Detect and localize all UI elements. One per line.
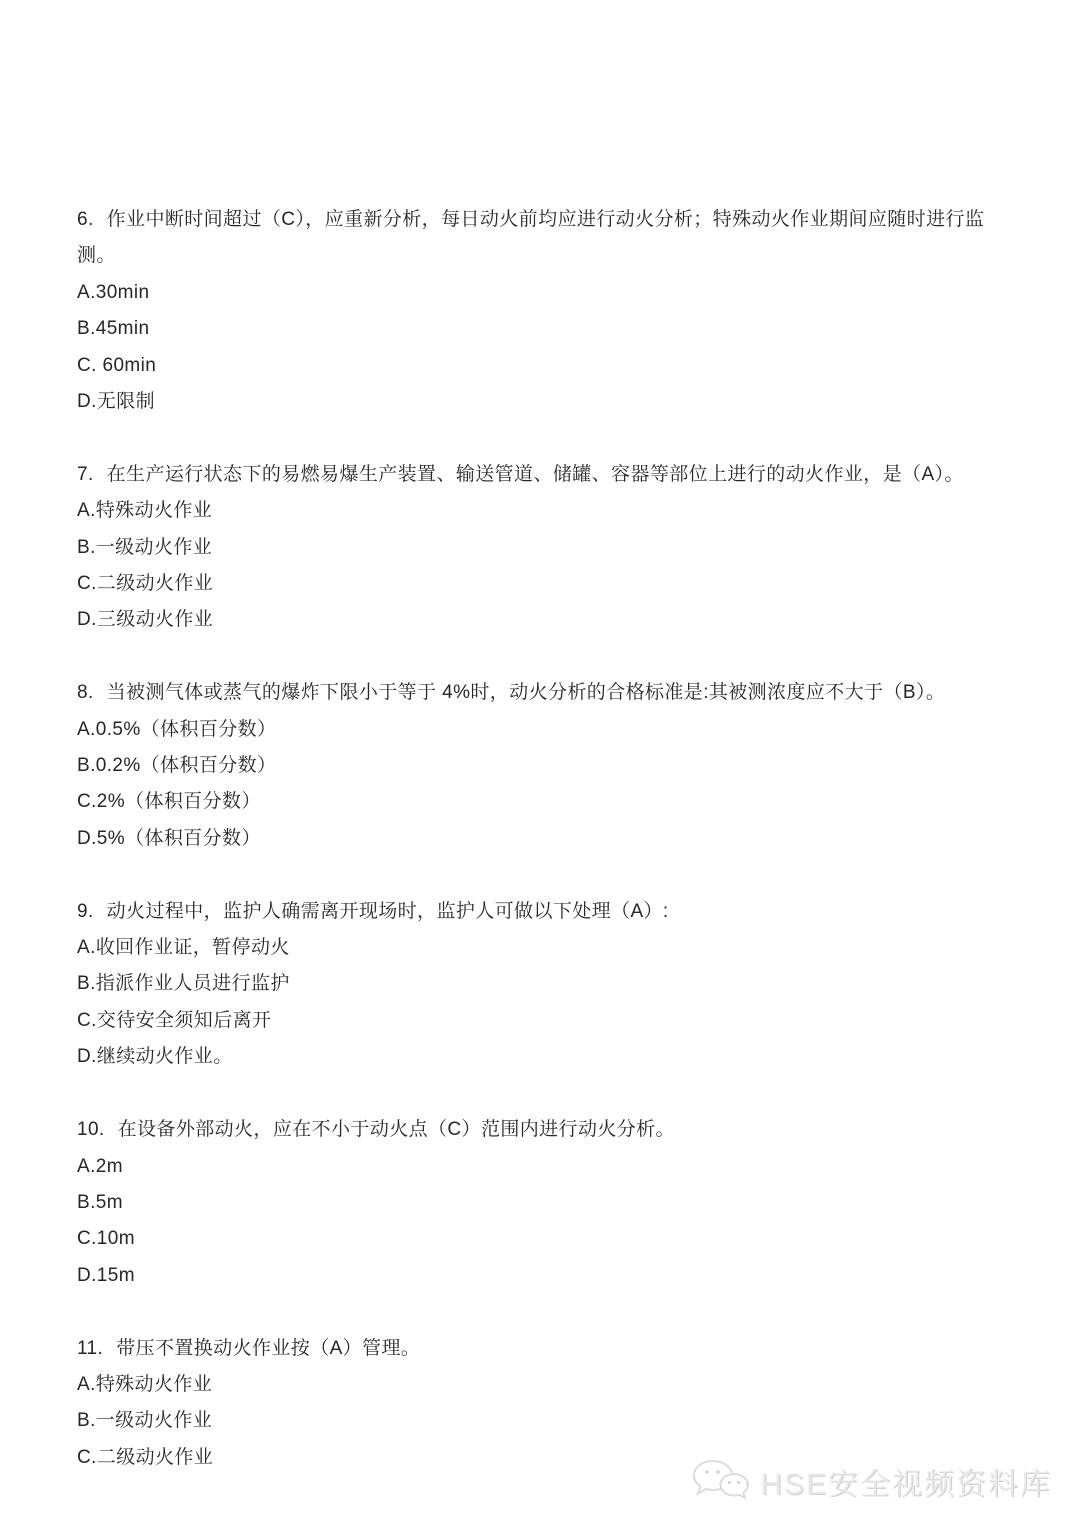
question-9: 9.动火过程中，监护人确需离开现场时，监护人可做以下处理（A）: A.收回作业证…: [77, 894, 992, 1076]
question-8: 8.当被测气体或蒸气的爆炸下限小于等于 4%时，动火分析的合格标准是:其被测浓度…: [77, 675, 992, 857]
option-b: B.一级动火作业: [77, 530, 992, 566]
question-11: 11.带压不置换动火作业按（A）管理。 A.特殊动火作业 B.一级动火作业 C.…: [77, 1331, 992, 1477]
watermark: HSE安全视频资料库: [690, 1458, 1052, 1504]
option-a: A.特殊动火作业: [77, 1367, 992, 1403]
option-d: D.无限制: [77, 384, 992, 420]
option-a: A.特殊动火作业: [77, 493, 992, 529]
document-page: 6.作业中断时间超过（C），应重新分析，每日动火前均应进行动火分析；特殊动火作业…: [77, 202, 992, 1476]
option-b: B.45min: [77, 311, 992, 347]
question-text: 11.带压不置换动火作业按（A）管理。: [77, 1331, 992, 1367]
question-6: 6.作业中断时间超过（C），应重新分析，每日动火前均应进行动火分析；特殊动火作业…: [77, 202, 992, 420]
question-text: 8.当被测气体或蒸气的爆炸下限小于等于 4%时，动火分析的合格标准是:其被测浓度…: [77, 675, 992, 711]
question-number: 6.: [77, 209, 94, 230]
question-number: 11.: [77, 1338, 103, 1359]
question-7: 7.在生产运行状态下的易燃易爆生产装置、输送管道、储罐、容器等部位上进行的动火作…: [77, 457, 992, 639]
watermark-text: HSE安全视频资料库: [760, 1459, 1052, 1503]
option-b: B.5m: [77, 1185, 992, 1221]
question-body: 带压不置换动火作业按（A）管理。: [116, 1338, 420, 1359]
question-10: 10.在设备外部动火，应在不小于动火点（C）范围内进行动火分析。 A.2m B.…: [77, 1112, 992, 1294]
question-number: 10.: [77, 1119, 105, 1140]
option-c: C.2%（体积百分数）: [77, 784, 992, 820]
option-a: A.2m: [77, 1149, 992, 1185]
question-number: 7.: [77, 464, 94, 485]
question-body: 作业中断时间超过（C），应重新分析，每日动火前均应进行动火分析；特殊动火作业期间…: [77, 209, 984, 266]
option-c: C.二级动火作业: [77, 566, 992, 602]
option-d: D.15m: [77, 1258, 992, 1294]
option-b: B.0.2%（体积百分数）: [77, 748, 992, 784]
option-c: C.交待安全须知后离开: [77, 1003, 992, 1039]
question-text: 10.在设备外部动火，应在不小于动火点（C）范围内进行动火分析。: [77, 1112, 992, 1148]
question-body: 在设备外部动火，应在不小于动火点（C）范围内进行动火分析。: [118, 1119, 675, 1140]
option-a: A.30min: [77, 275, 992, 311]
question-text: 7.在生产运行状态下的易燃易爆生产装置、输送管道、储罐、容器等部位上进行的动火作…: [77, 457, 992, 493]
question-text: 9.动火过程中，监护人确需离开现场时，监护人可做以下处理（A）:: [77, 894, 992, 930]
option-c: C. 60min: [77, 348, 992, 384]
question-body: 在生产运行状态下的易燃易爆生产装置、输送管道、储罐、容器等部位上进行的动火作业，…: [107, 464, 964, 485]
option-d: D.继续动火作业。: [77, 1039, 992, 1075]
option-c: C.10m: [77, 1221, 992, 1257]
question-body: 动火过程中，监护人确需离开现场时，监护人可做以下处理（A）:: [107, 901, 669, 922]
question-number: 9.: [77, 901, 94, 922]
option-b: B.指派作业人员进行监护: [77, 966, 992, 1002]
option-a: A.收回作业证，暂停动火: [77, 930, 992, 966]
wechat-icon: [690, 1458, 752, 1504]
option-d: D.5%（体积百分数）: [77, 821, 992, 857]
question-text: 6.作业中断时间超过（C），应重新分析，每日动火前均应进行动火分析；特殊动火作业…: [77, 202, 992, 275]
question-body: 当被测气体或蒸气的爆炸下限小于等于 4%时，动火分析的合格标准是:其被测浓度应不…: [107, 682, 946, 703]
option-d: D.三级动火作业: [77, 602, 992, 638]
option-b: B.一级动火作业: [77, 1403, 992, 1439]
question-number: 8.: [77, 682, 94, 703]
option-a: A.0.5%（体积百分数）: [77, 712, 992, 748]
